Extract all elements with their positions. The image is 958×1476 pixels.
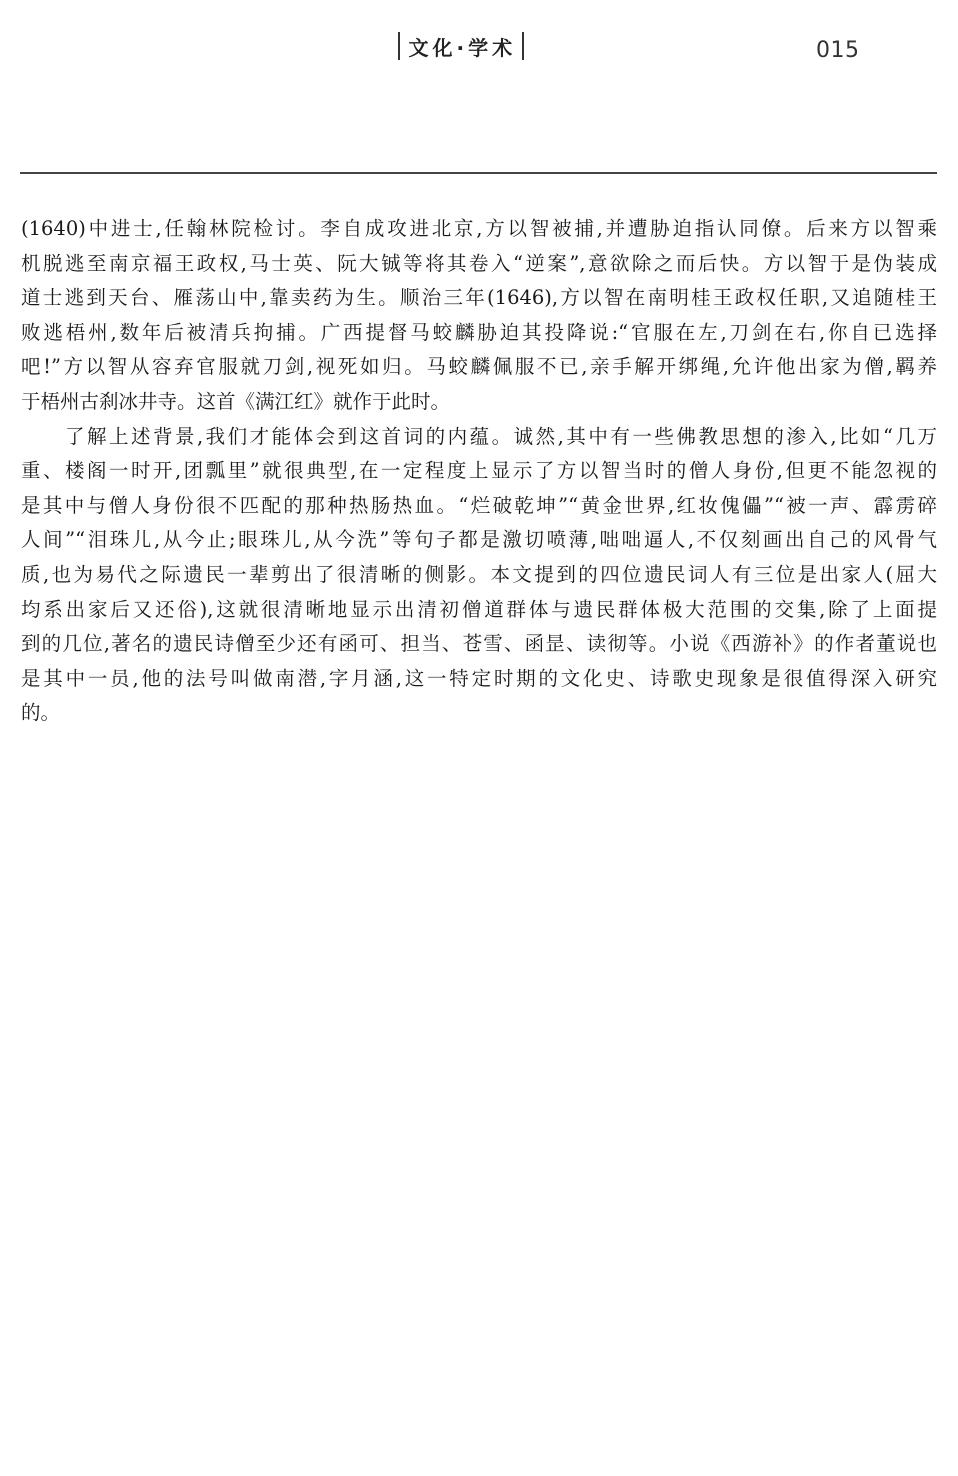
text-line: 的。: [21, 696, 937, 731]
running-head-right-bar: [522, 32, 524, 60]
text-line: (1640)中进士,任翰林院检讨。李自成攻进北京,方以智被捕,并遭胁迫指认同僚。…: [21, 212, 937, 247]
text-line: 道士逃到天台、雁荡山中,靠卖药为生。顺治三年(1646),方以智在南明桂王政权任…: [21, 281, 937, 316]
header-divider: [20, 172, 937, 174]
text-line: 于梧州古刹冰井寺。这首《满江红》就作于此时。: [21, 385, 937, 420]
page-number: 015: [816, 38, 860, 63]
section-title: 文化·学术: [400, 32, 523, 61]
running-head: 文化·学术: [398, 31, 524, 61]
paragraph-1: (1640)中进士,任翰林院检讨。李自成攻进北京,方以智被捕,并遭胁迫指认同僚。…: [21, 212, 937, 420]
text-line: 重、楼阁一时开,团瓢里”就很典型,在一定程度上显示了方以智当时的僧人身份,但更不…: [21, 454, 937, 489]
text-line: 了解上述背景,我们才能体会到这首词的内蕴。诚然,其中有一些佛教思想的渗入,比如“…: [21, 420, 937, 455]
paragraph-2: 了解上述背景,我们才能体会到这首词的内蕴。诚然,其中有一些佛教思想的渗入,比如“…: [21, 420, 937, 731]
text-line: 质,也为易代之际遗民一辈剪出了很清晰的侧影。本文提到的四位遗民词人有三位是出家人…: [21, 558, 937, 593]
text-line: 败逃梧州,数年后被清兵拘捕。广西提督马蛟麟胁迫其投降说:“官服在左,刀剑在右,你…: [21, 316, 937, 351]
text-line: 到的几位,著名的遗民诗僧至少还有函可、担当、苍雪、函昰、读彻等。小说《西游补》的…: [21, 627, 937, 662]
text-line: 是其中与僧人身份很不匹配的那种热肠热血。“烂破乾坤”“黄金世界,红妆傀儡”“被一…: [21, 489, 937, 524]
article-body: (1640)中进士,任翰林院检讨。李自成攻进北京,方以智被捕,并遭胁迫指认同僚。…: [21, 212, 937, 731]
text-line: 均系出家后又还俗),这就很清晰地显示出清初僧道群体与遗民群体极大范围的交集,除了…: [21, 593, 937, 628]
text-line: 是其中一员,他的法号叫做南潜,字月涵,这一特定时期的文化史、诗歌史现象是很值得深…: [21, 662, 937, 697]
text-line: 人间”“泪珠儿,从今止;眼珠儿,从今洗”等句子都是激切喷薄,咄咄逼人,不仅刻画出…: [21, 523, 937, 558]
text-line: 吧!”方以智从容弃官服就刀剑,视死如归。马蛟麟佩服不已,亲手解开绑绳,允许他出家…: [21, 350, 937, 385]
text-line: 机脱逃至南京福王政权,马士英、阮大铖等将其卷入“逆案”,意欲除之而后快。方以智于…: [21, 247, 937, 282]
